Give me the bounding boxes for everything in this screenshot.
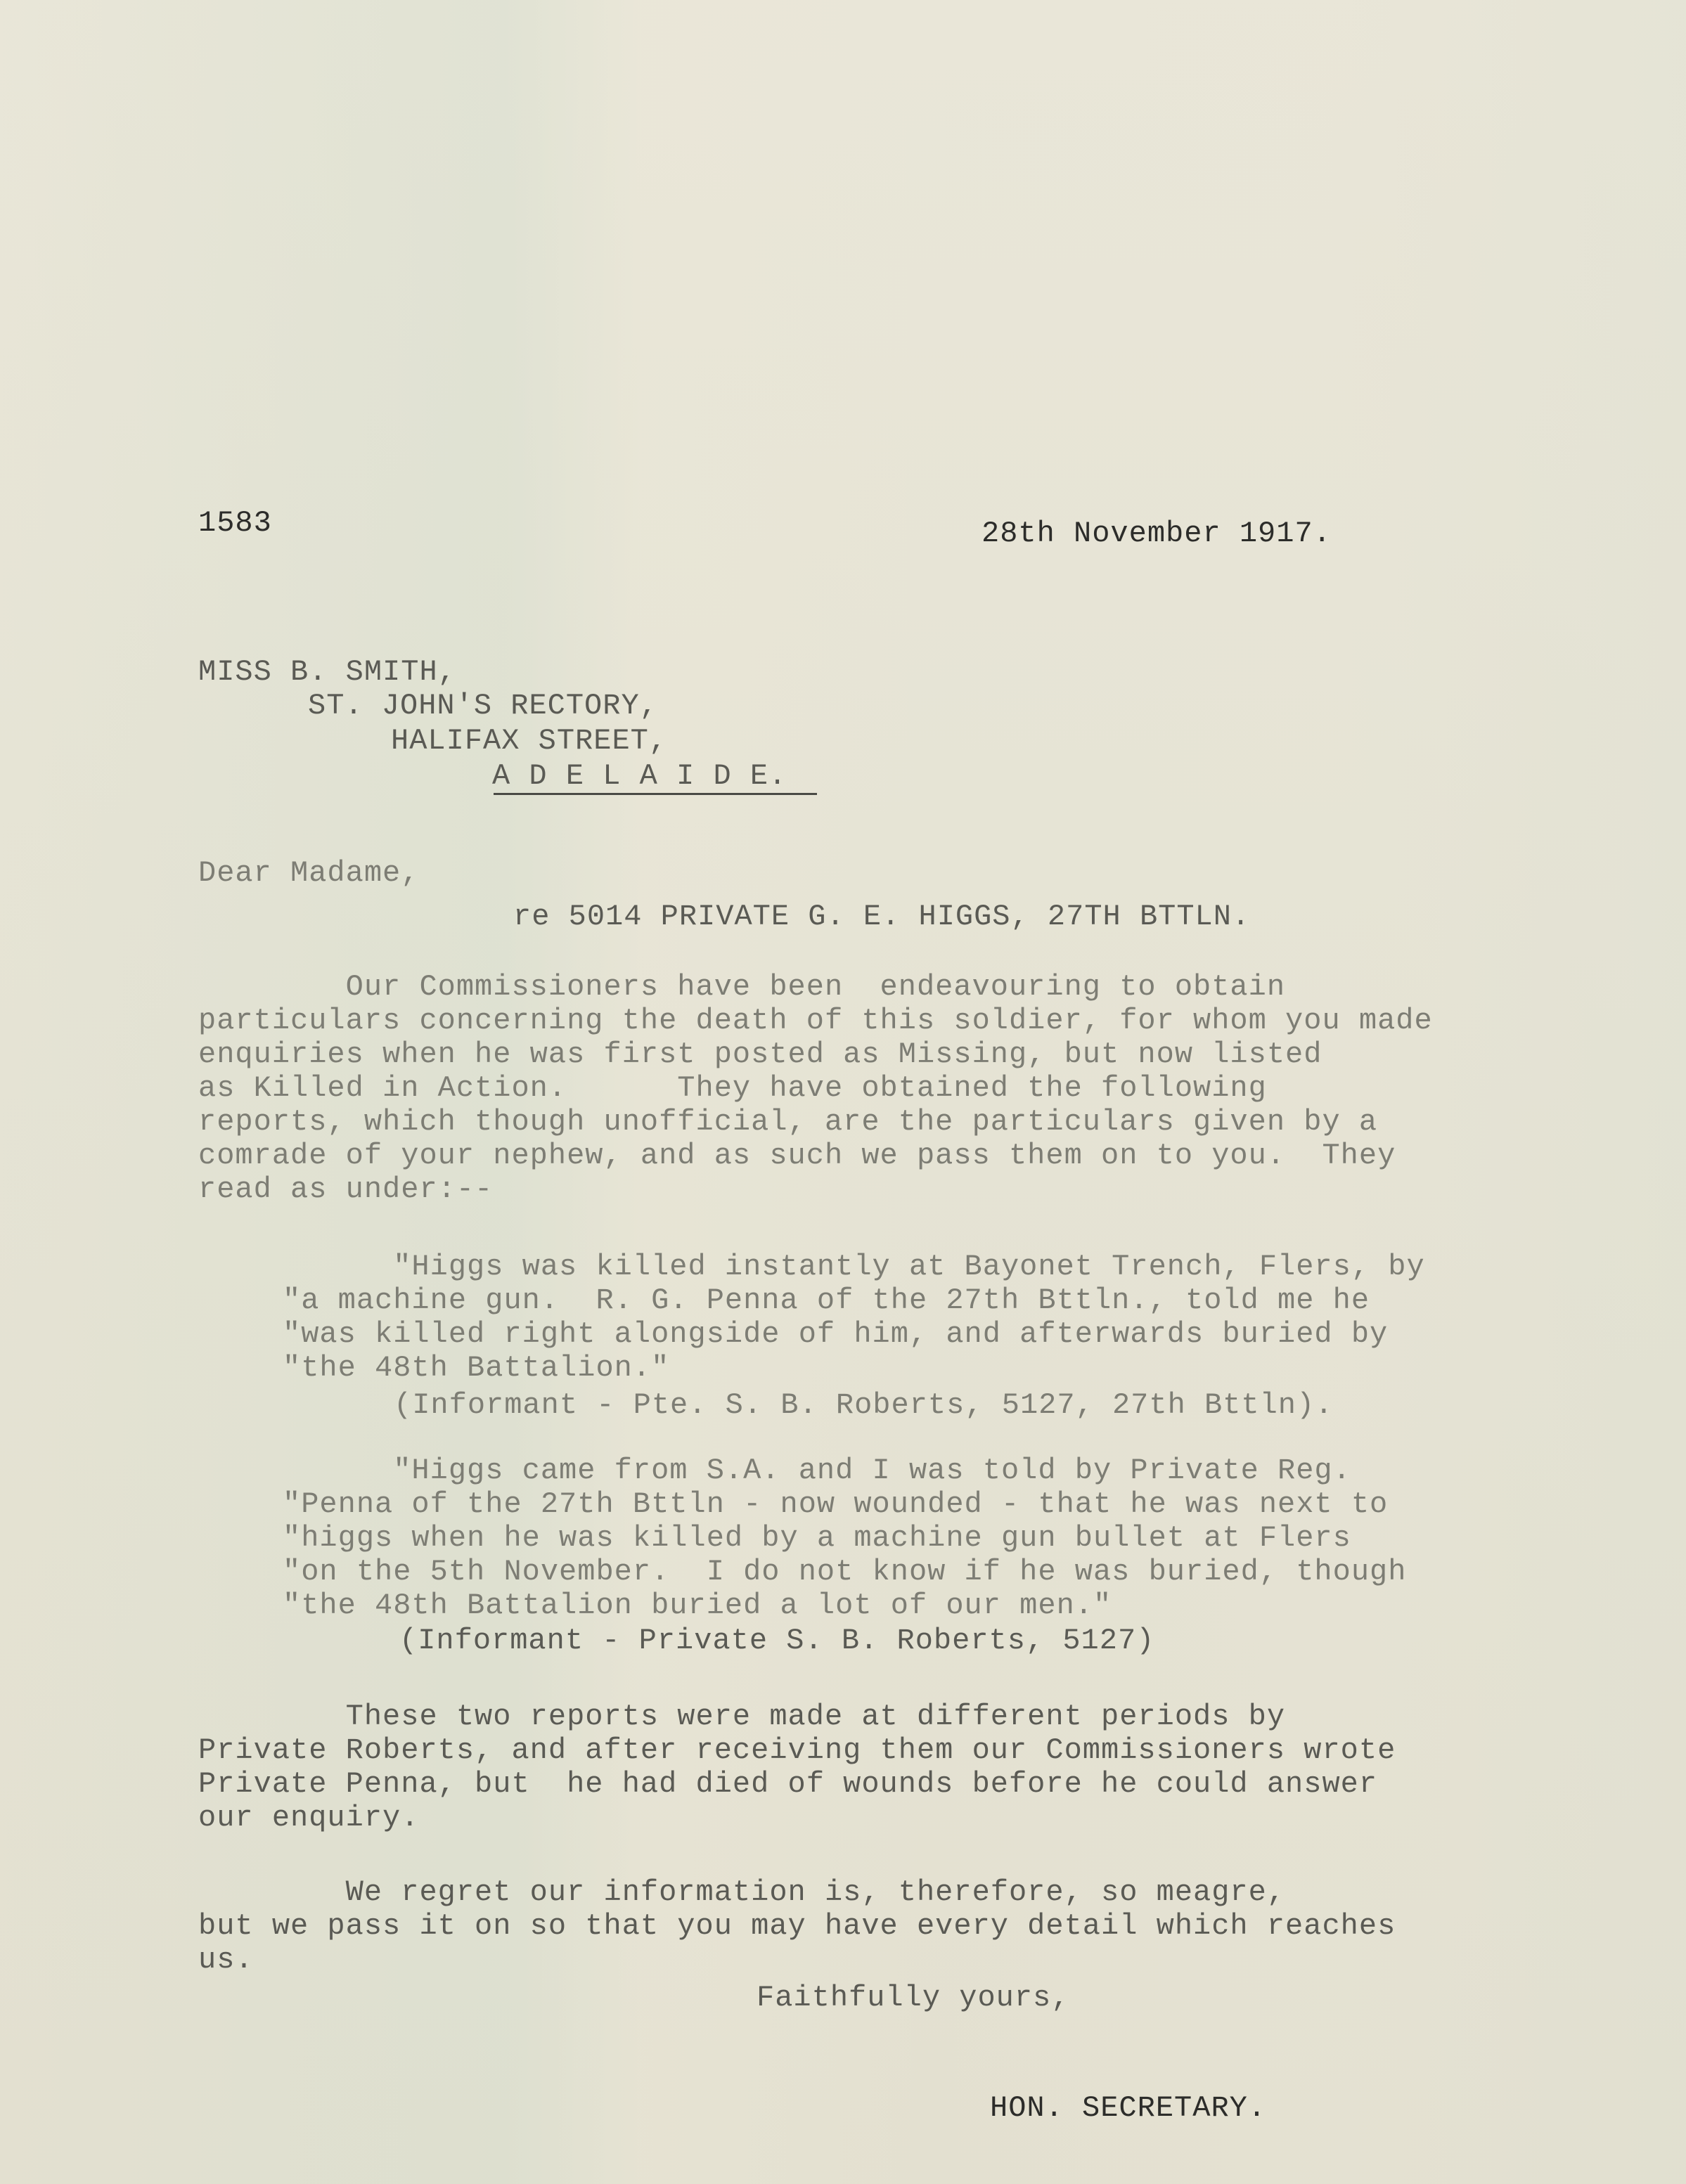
recipient-city: A D E L A I D E.: [492, 759, 787, 793]
letter-date: 28th November 1917.: [982, 517, 1332, 550]
signature-title: HON. SECRETARY.: [990, 2091, 1266, 2125]
report-line: "was killed right alongside of him, and …: [283, 1317, 1388, 1351]
report-line: "Higgs was killed instantly at Bayonet T…: [283, 1250, 1425, 1284]
paragraph-line: These two reports were made at different…: [198, 1700, 1285, 1733]
paragraph-line: We regret our information is, therefore,…: [198, 1875, 1285, 1909]
report-line: "Penna of the 27th Bttln - now wounded -…: [283, 1487, 1388, 1521]
recipient-name: MISS B. SMITH,: [198, 655, 456, 689]
recipient-address-line-1: ST. JOHN'S RECTORY,: [308, 689, 658, 723]
paragraph-line: our enquiry.: [198, 1801, 419, 1835]
letter-page: 1583 28th November 1917. MISS B. SMITH, …: [0, 0, 1686, 2184]
subject-line: re 5014 PRIVATE G. E. HIGGS, 27TH BTTLN.: [513, 900, 1250, 933]
paragraph-line: as Killed in Action. They have obtained …: [198, 1071, 1267, 1105]
paragraph-line: particulars concerning the death of this…: [198, 1004, 1433, 1038]
salutation: Dear Madame,: [198, 856, 419, 890]
paragraph-line: comrade of your nephew, and as such we p…: [198, 1139, 1396, 1172]
report-line: "on the 5th November. I do not know if h…: [283, 1555, 1406, 1589]
report-line: "the 48th Battalion.": [283, 1351, 669, 1385]
report-line: "higgs when he was killed by a machine g…: [283, 1521, 1351, 1555]
valediction: Faithfully yours,: [757, 1981, 1069, 2015]
recipient-address-line-2: HALIFAX STREET,: [391, 724, 667, 758]
paragraph-line: reports, which though unofficial, are th…: [198, 1105, 1377, 1139]
paragraph-line: enquiries when he was first posted as Mi…: [198, 1038, 1322, 1071]
city-underline: [494, 793, 817, 795]
paragraph-line: Our Commissioners have been endeavouring…: [198, 970, 1285, 1004]
paragraph-line: read as under:--: [198, 1172, 493, 1206]
paragraph-line: but we pass it on so that you may have e…: [198, 1909, 1396, 1943]
report-informant: (Informant - Pte. S. B. Roberts, 5127, 2…: [394, 1388, 1333, 1422]
reference-number: 1583: [198, 506, 272, 540]
report-informant: (Informant - Private S. B. Roberts, 5127…: [399, 1624, 1154, 1658]
paragraph-line: Private Penna, but he had died of wounds…: [198, 1767, 1377, 1801]
report-line: "the 48th Battalion buried a lot of our …: [283, 1589, 1112, 1622]
paragraph-line: us.: [198, 1943, 254, 1977]
paragraph-line: Private Roberts, and after receiving the…: [198, 1733, 1396, 1767]
report-line: "a machine gun. R. G. Penna of the 27th …: [283, 1284, 1370, 1317]
report-line: "Higgs came from S.A. and I was told by …: [283, 1454, 1351, 1487]
